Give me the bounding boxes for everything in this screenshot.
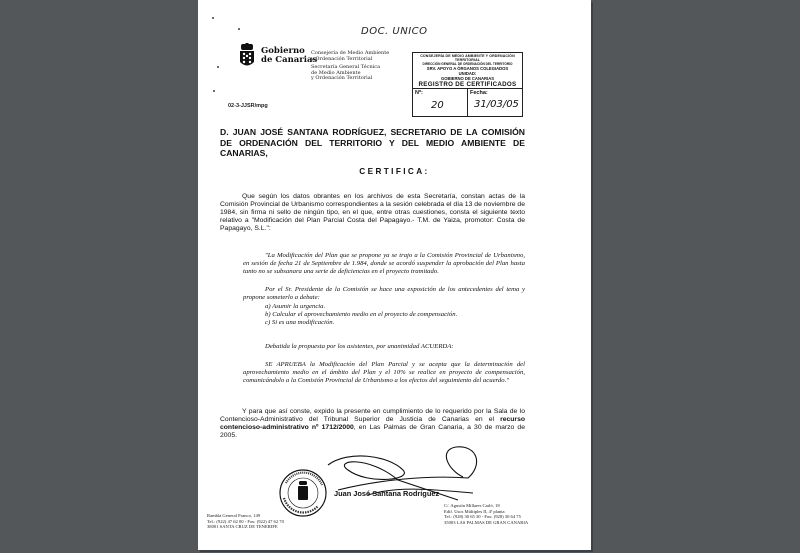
closing-text: Y para que así conste, expido la present… <box>220 408 525 423</box>
department-block: Consejería de Medio Ambiente y Ordenació… <box>311 51 389 82</box>
address-line: 35003 LAS PALMAS DE GRAN CANARIA <box>444 520 528 526</box>
signer-name: Juan José Santana Rodríguez <box>334 489 439 498</box>
certifier-heading: D. JUAN JOSÉ SANTANA RODRÍGUEZ, SECRETAR… <box>220 127 525 159</box>
stamp-line: CONSEJERÍA DE MEDIO AMBIENTE Y ORDENACIÓ… <box>413 53 522 62</box>
document-page: DOC. UNICO Gobierno de Canarias Consejer… <box>198 0 591 550</box>
stamp-date-value: 31/03/05 <box>474 99 519 110</box>
address-line: Tel.: (928) 30 65 30 - Fax: (928) 30 64 … <box>444 514 528 520</box>
certifica-title: CERTIFICA: <box>198 167 591 176</box>
stamp-number-value: 20 <box>431 100 444 111</box>
coat-of-arms-icon <box>238 43 256 69</box>
intro-paragraph: Que según los datos obrantes en los arch… <box>220 193 525 233</box>
government-name: Gobierno de Canarias <box>261 47 317 65</box>
quote-paragraph: Por el Sr. Presidente de la Comisión se … <box>243 286 525 302</box>
quote-list-item: a) Asumir la urgencia. <box>265 303 525 311</box>
scan-speck <box>213 90 215 92</box>
quote-list: a) Asumir la urgencia. b) Calcular el ap… <box>265 303 525 327</box>
quote-paragraph: SE APRUEBA la Modificación del Plan Parc… <box>243 361 525 385</box>
registry-stamp: CONSEJERÍA DE MEDIO AMBIENTE Y ORDENACIÓ… <box>412 52 523 117</box>
stamp-date-cell: Fecha: 31/03/05 <box>467 89 522 116</box>
scan-speck <box>212 17 214 19</box>
quote-paragraph: Debatida la propuesta por los asistentes… <box>265 343 525 351</box>
address-las-palmas: C/. Agustín Millares Carló, 18 Edif. Uso… <box>444 503 528 525</box>
quote-paragraph: "La Modificación del Plan que se propone… <box>243 252 525 276</box>
scan-speck <box>238 28 240 30</box>
scan-speck <box>217 66 219 68</box>
quote-list-item: c) Si es una modificación. <box>265 319 525 327</box>
stamp-title: REGISTRO DE CERTIFICADOS <box>413 81 522 89</box>
secretariat-line: y Ordenación Territorial <box>311 76 389 82</box>
address-line: 38001 SANTA CRUZ DE TENERIFE <box>207 524 284 530</box>
handwritten-note: DOC. UNICO <box>361 26 428 37</box>
quote-list-item: b) Calcular el aprovechamiento medio en … <box>265 311 525 319</box>
stamp-number-cell: Nº: 20 <box>413 89 467 116</box>
stamp-date-label: Fecha: <box>470 90 488 96</box>
government-name-line: de Canarias <box>261 56 317 65</box>
closing-paragraph: Y para que así conste, expido la present… <box>220 408 525 440</box>
stamp-number-label: Nº: <box>415 90 423 96</box>
reference-code: 02-3-JJSR/mpg <box>228 103 268 109</box>
address-tenerife: Rambla General Franco, 149 Tel.: (922) 4… <box>207 513 284 530</box>
